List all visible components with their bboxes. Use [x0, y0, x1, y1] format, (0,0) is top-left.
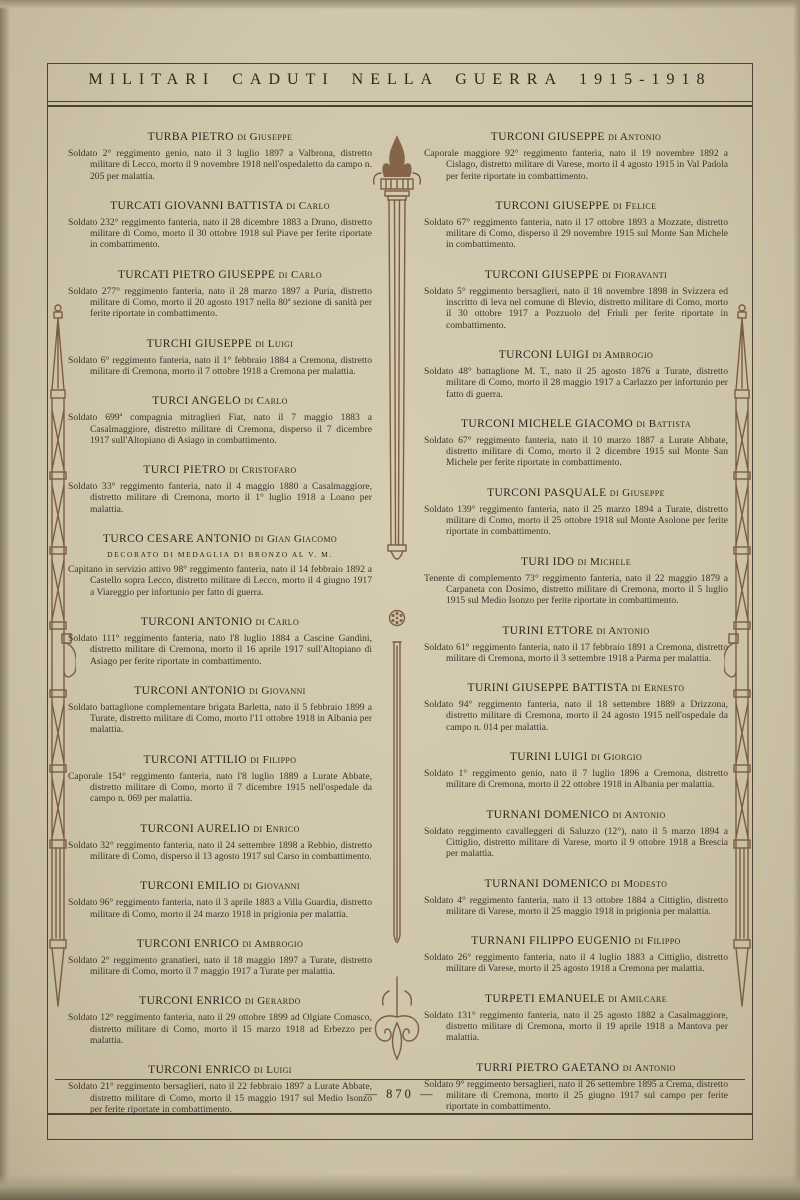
soldier-father-name: di Giovanni — [243, 880, 300, 892]
soldier-name-heading: TURNANI DOMENICO di Modesto — [424, 878, 728, 890]
soldier-name-heading: TURCONI ANTONIO di Giovanni — [68, 685, 372, 697]
soldier-father-name: di Carlo — [256, 616, 300, 628]
soldier-father-name: di Antonio — [613, 809, 666, 821]
soldier-record-text: Soldato 33° reggimento fanteria, nato il… — [68, 481, 372, 515]
soldier-record-text: Soldato 4° reggimento fanteria, nato il … — [424, 895, 728, 918]
soldier-name-heading: TURCONI GIUSEPPE di Fioravanti — [424, 269, 728, 281]
soldier-entry: TURI IDO di Michele Tenente di complemen… — [424, 556, 728, 607]
soldier-name-heading: TURCONI ATTILIO di Filippo — [68, 754, 372, 766]
soldier-entry: TURINI LUIGI di Giorgio Soldato 1° reggi… — [424, 751, 728, 791]
soldier-name-heading: TURBA PIETRO di Giuseppe — [68, 131, 372, 143]
soldier-name: TURNANI FILIPPO EUGENIO — [471, 935, 631, 947]
soldier-entry: TURCONI LUIGI di Ambrogio Soldato 48° ba… — [424, 349, 728, 400]
soldier-name: TURCONI EMILIO — [140, 880, 240, 892]
soldier-name-heading: TURCONI MICHELE GIACOMO di Battista — [424, 418, 728, 430]
soldier-name-heading: TURCONI GIUSEPPE di Antonio — [424, 131, 728, 143]
soldier-father-name: di Antonio — [597, 625, 650, 637]
soldier-name-heading: TURI IDO di Michele — [424, 556, 728, 568]
soldier-entry: TURCONI PASQUALE di Giuseppe Soldato 139… — [424, 487, 728, 538]
page-number: — 870 — — [47, 1087, 753, 1102]
soldier-father-name: di Battista — [636, 418, 691, 430]
soldier-father-name: di Luigi — [255, 338, 293, 350]
soldier-father-name: di Ernesto — [632, 682, 685, 694]
scanned-book-page: MILITARI CADUTI NELLA GUERRA 1915-1918 — [0, 0, 800, 1200]
soldier-record-text: Capitano in servizio attivo 98° reggimen… — [68, 564, 372, 598]
soldier-father-name: di Ambrogio — [593, 349, 654, 361]
soldier-name: TURCONI ANTONIO — [134, 685, 246, 697]
soldier-entry: TURCATI PIETRO GIUSEPPE di Carlo Soldato… — [68, 269, 372, 320]
title-underline-thick — [47, 105, 753, 107]
soldier-father-name: di Carlo — [279, 269, 323, 281]
soldier-father-name: di Fioravanti — [602, 269, 667, 281]
soldier-entry: TURCO CESARE ANTONIO di Gian Giacomo DEC… — [68, 533, 372, 598]
soldier-father-name: di Ambrogio — [242, 938, 303, 950]
pendant-baton-ornament — [389, 640, 405, 960]
soldier-record-text: Soldato 2° reggimento genio, nato il 3 l… — [68, 148, 372, 182]
soldier-name-heading: TURCONI AURELIO di Enrico — [68, 823, 372, 835]
soldier-name-heading: TURCI ANGELO di Carlo — [68, 395, 372, 407]
soldier-name-heading: TURCO CESARE ANTONIO di Gian Giacomo — [68, 533, 372, 545]
soldier-name-heading: TURCONI GIUSEPPE di Felice — [424, 200, 728, 212]
soldier-record-text: Soldato reggimento cavalleggeri di Saluz… — [424, 826, 728, 860]
soldier-name: TURCONI MICHELE GIACOMO — [461, 418, 633, 430]
title-underline-thin — [47, 101, 753, 102]
soldier-record-text: Soldato 26° reggimento fanteria, nato il… — [424, 952, 728, 975]
soldier-name: TURINI GIUSEPPE BATTISTA — [468, 682, 629, 694]
soldier-name: TURI IDO — [521, 556, 574, 568]
page-title: MILITARI CADUTI NELLA GUERRA 1915-1918 — [47, 71, 753, 89]
soldier-record-text: Soldato 94° reggimento fanteria, nato il… — [424, 699, 728, 733]
soldier-record-text: Soldato 96° reggimento fanteria, nato il… — [68, 897, 372, 920]
soldier-name: TURCHI GIUSEPPE — [147, 338, 252, 350]
soldier-entry: TURNANI DOMENICO di Antonio Soldato regg… — [424, 809, 728, 860]
soldier-name-heading: TURRI PIETRO GAETANO di Antonio — [424, 1062, 728, 1074]
soldier-name-heading: TURCONI ANTONIO di Carlo — [68, 616, 372, 628]
soldier-record-text: Soldato 12° reggimento fanteria, nato il… — [68, 1012, 372, 1046]
soldier-father-name: di Gian Giacomo — [255, 533, 338, 545]
scan-edge-top — [0, 0, 800, 9]
soldier-record-text: Caporale maggiore 92° reggimento fanteri… — [424, 148, 728, 182]
soldier-record-text: Soldato 277° reggimento fanteria, nato i… — [68, 286, 372, 320]
top-rule — [47, 63, 753, 64]
soldier-record-text: Soldato 67° reggimento fanteria, nato il… — [424, 217, 728, 251]
soldier-entry: TURCONI GIUSEPPE di Felice Soldato 67° r… — [424, 200, 728, 251]
soldier-entry: TURCI ANGELO di Carlo Soldato 699ª compa… — [68, 395, 372, 446]
rosette-icon — [388, 609, 406, 627]
soldier-name-heading: TURCONI PASQUALE di Giuseppe — [424, 487, 728, 499]
soldier-record-text: Soldato 139° reggimento fanteria, nato i… — [424, 504, 728, 538]
soldier-record-text: Soldato 2° reggimento granatieri, nato i… — [68, 955, 372, 978]
soldier-entry: TURCONI ANTONIO di Giovanni Soldato batt… — [68, 685, 372, 736]
soldier-name-heading: TURCONI EMILIO di Giovanni — [68, 880, 372, 892]
soldier-name-heading: TURCI PIETRO di Cristofaro — [68, 464, 372, 476]
soldier-record-text: Soldato 131° reggimento fanteria, nato i… — [424, 1010, 728, 1044]
soldier-name-heading: TURNANI DOMENICO di Antonio — [424, 809, 728, 821]
soldier-name: TURCATI GIOVANNI BATTISTA — [110, 200, 283, 212]
soldier-name: TURCONI ENRICO — [139, 995, 241, 1007]
medal-decoration-note: DECORATO DI MEDAGLIA DI BRONZO AL V. M. — [68, 550, 372, 559]
soldier-name-heading: TURCATI PIETRO GIUSEPPE di Carlo — [68, 269, 372, 281]
soldier-record-text: Soldato 67° reggimento fanteria, nato il… — [424, 435, 728, 469]
soldier-name: TURCO CESARE ANTONIO — [103, 533, 251, 545]
soldier-entry: TURINI GIUSEPPE BATTISTA di Ernesto Sold… — [424, 682, 728, 733]
soldier-name: TURCONI ANTONIO — [141, 616, 253, 628]
soldier-name: TURRI PIETRO GAETANO — [476, 1062, 619, 1074]
entries-column-left: TURBA PIETRO di Giuseppe Soldato 2° regg… — [68, 131, 372, 1133]
soldier-father-name: di Michele — [578, 556, 631, 568]
soldier-name: TURCONI LUIGI — [499, 349, 589, 361]
soldier-father-name: di Luigi — [254, 1064, 292, 1076]
soldier-name: TURCI ANGELO — [152, 395, 241, 407]
soldier-record-text: Soldato 6° reggimento fanteria, nato il … — [68, 355, 372, 378]
soldier-name: TURBA PIETRO — [148, 131, 234, 143]
soldier-father-name: di Antonio — [623, 1062, 676, 1074]
soldier-father-name: di Carlo — [286, 200, 330, 212]
soldier-name: TURPETI EMANUELE — [485, 993, 605, 1005]
soldier-record-text: Soldato 111° reggimento fanteria, nato l… — [68, 633, 372, 667]
soldier-entry: TURCONI MICHELE GIACOMO di Battista Sold… — [424, 418, 728, 469]
soldier-entry: TURCONI ANTONIO di Carlo Soldato 111° re… — [68, 616, 372, 667]
soldier-name: TURCONI ATTILIO — [144, 754, 247, 766]
fasces-ornament-right — [724, 300, 760, 1020]
soldier-entry: TURCONI EMILIO di Giovanni Soldato 96° r… — [68, 880, 372, 920]
soldier-entry: TURCONI ENRICO di Ambrogio Soldato 2° re… — [68, 938, 372, 978]
soldier-father-name: di Gerardo — [245, 995, 301, 1007]
soldier-name-heading: TURCONI LUIGI di Ambrogio — [424, 349, 728, 361]
soldier-father-name: di Giorgio — [591, 751, 642, 763]
soldier-father-name: di Carlo — [244, 395, 288, 407]
soldier-father-name: di Modesto — [611, 878, 667, 890]
soldier-name: TURCONI AURELIO — [140, 823, 250, 835]
soldier-entry: TURCONI AURELIO di Enrico Soldato 32° re… — [68, 823, 372, 863]
soldier-name: TURCONI GIUSEPPE — [491, 131, 605, 143]
entries-column-right: TURCONI GIUSEPPE di Antonio Caporale mag… — [424, 131, 728, 1130]
soldier-name: TURCONI ENRICO — [148, 1064, 250, 1076]
soldier-father-name: di Felice — [613, 200, 657, 212]
soldier-father-name: di Enrico — [253, 823, 299, 835]
soldier-name-heading: TURCONI ENRICO di Gerardo — [68, 995, 372, 1007]
soldier-entry: TURPETI EMANUELE di Amilcare Soldato 131… — [424, 993, 728, 1044]
soldier-entry: TURINI ETTORE di Antonio Soldato 61° reg… — [424, 625, 728, 665]
soldier-entry: TURNANI DOMENICO di Modesto Soldato 4° r… — [424, 878, 728, 918]
soldier-record-text: Soldato 48° battaglione M. T., nato il 2… — [424, 366, 728, 400]
scan-edge-bottom — [0, 1174, 800, 1200]
scan-edge-right — [793, 0, 800, 1200]
soldier-record-text: Soldato 1° reggimento genio, nato il 7 l… — [424, 768, 728, 791]
soldier-record-text: Soldato battaglione complementare brigat… — [68, 702, 372, 736]
soldier-name: TURINI ETTORE — [502, 625, 593, 637]
soldier-name-heading: TURCHI GIUSEPPE di Luigi — [68, 338, 372, 350]
soldier-name: TURCONI GIUSEPPE — [496, 200, 610, 212]
soldier-name-heading: TURINI GIUSEPPE BATTISTA di Ernesto — [424, 682, 728, 694]
scan-edge-left — [0, 0, 10, 1200]
soldier-record-text: Soldato 5° reggimento bersaglieri, nato … — [424, 286, 728, 331]
scroll-flourish-ornament — [365, 975, 429, 1065]
soldier-entry: TURCONI ENRICO di Gerardo Soldato 12° re… — [68, 995, 372, 1046]
soldier-father-name: di Amilcare — [608, 993, 667, 1005]
soldier-entry: TURCONI ATTILIO di Filippo Caporale 154°… — [68, 754, 372, 805]
soldier-name: TURCONI ENRICO — [137, 938, 239, 950]
soldier-name: TURCONI GIUSEPPE — [485, 269, 599, 281]
soldier-record-text: Soldato 232° reggimento fanteria, nato i… — [68, 217, 372, 251]
soldier-father-name: di Antonio — [608, 131, 661, 143]
soldier-entry: TURCHI GIUSEPPE di Luigi Soldato 6° regg… — [68, 338, 372, 378]
soldier-entry: TURCI PIETRO di Cristofaro Soldato 33° r… — [68, 464, 372, 515]
soldier-entry: TURBA PIETRO di Giuseppe Soldato 2° regg… — [68, 131, 372, 182]
soldier-name: TURINI LUIGI — [510, 751, 588, 763]
soldier-father-name: di Filippo — [250, 754, 296, 766]
soldier-entry: TURCONI GIUSEPPE di Fioravanti Soldato 5… — [424, 269, 728, 331]
soldier-name: TURCI PIETRO — [143, 464, 225, 476]
soldier-name: TURNANI DOMENICO — [485, 878, 608, 890]
soldier-entry: TURNANI FILIPPO EUGENIO di Filippo Solda… — [424, 935, 728, 975]
soldier-father-name: di Filippo — [635, 935, 681, 947]
soldier-name: TURCONI PASQUALE — [487, 487, 606, 499]
soldier-father-name: di Giovanni — [249, 685, 306, 697]
soldier-record-text: Tenente di complemento 73° reggimento fa… — [424, 573, 728, 607]
soldier-name: TURCATI PIETRO GIUSEPPE — [118, 269, 275, 281]
soldier-record-text: Soldato 699ª compagnia mitraglieri Fiat,… — [68, 412, 372, 446]
soldier-father-name: di Cristofaro — [229, 464, 296, 476]
soldier-entry: TURCONI GIUSEPPE di Antonio Caporale mag… — [424, 131, 728, 182]
soldier-father-name: di Giuseppe — [237, 131, 292, 143]
soldier-name-heading: TURCONI ENRICO di Luigi — [68, 1064, 372, 1076]
frame-bottom-rule — [47, 1139, 753, 1140]
torch-column-ornament — [369, 133, 425, 603]
soldier-record-text: Caporale 154° reggimento fanteria, nato … — [68, 771, 372, 805]
soldier-name-heading: TURCATI GIOVANNI BATTISTA di Carlo — [68, 200, 372, 212]
soldier-entry: TURCATI GIOVANNI BATTISTA di Carlo Solda… — [68, 200, 372, 251]
soldier-name-heading: TURNANI FILIPPO EUGENIO di Filippo — [424, 935, 728, 947]
soldier-name-heading: TURCONI ENRICO di Ambrogio — [68, 938, 372, 950]
soldier-name-heading: TURINI LUIGI di Giorgio — [424, 751, 728, 763]
soldier-record-text: Soldato 32° reggimento fanteria, nato il… — [68, 840, 372, 863]
soldier-name-heading: TURINI ETTORE di Antonio — [424, 625, 728, 637]
soldier-name-heading: TURPETI EMANUELE di Amilcare — [424, 993, 728, 1005]
soldier-father-name: di Giuseppe — [610, 487, 665, 499]
soldier-record-text: Soldato 61° reggimento fanteria, nato il… — [424, 642, 728, 665]
soldier-name: TURNANI DOMENICO — [486, 809, 609, 821]
